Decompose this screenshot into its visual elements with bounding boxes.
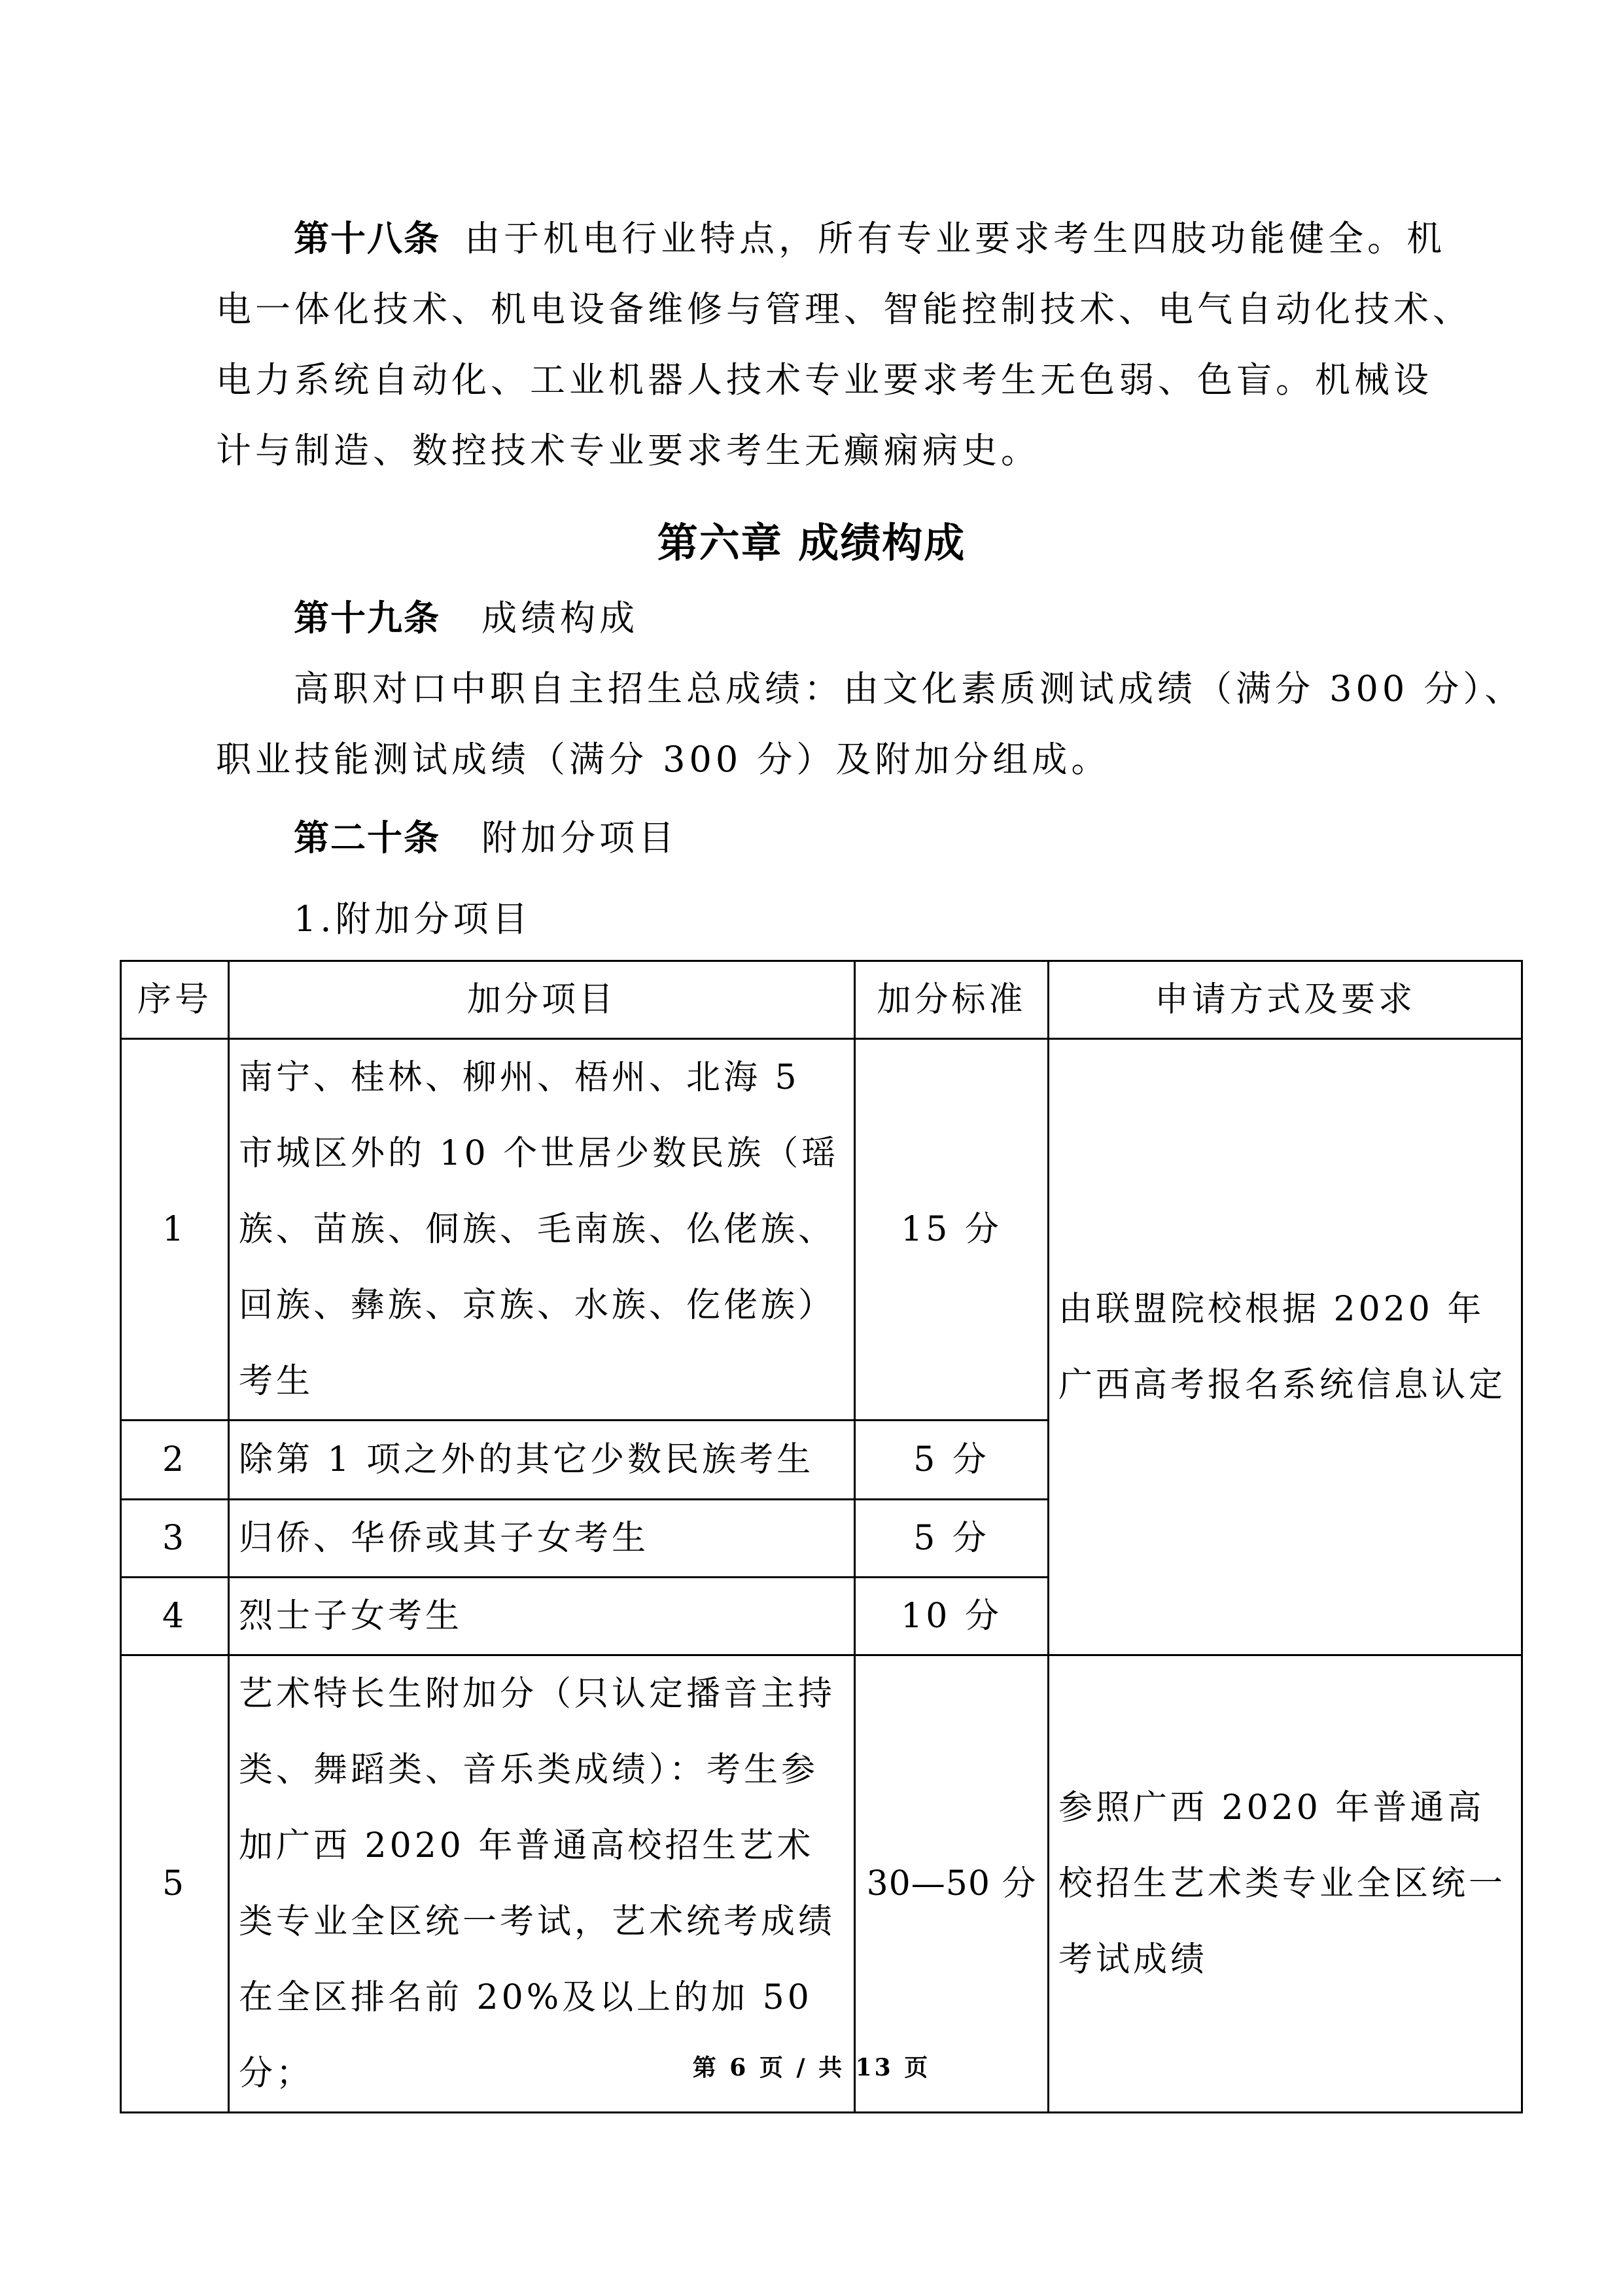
row-score: 15 分 — [855, 1039, 1049, 1421]
row-no: 5 — [121, 1655, 229, 2113]
row-item: 烈士子女考生 — [229, 1578, 855, 1655]
row-no: 3 — [121, 1500, 229, 1578]
article20-line-heading: 第二十条 附加分项目 — [294, 815, 678, 861]
page-footer: 第 6 页 / 共 13 页 — [0, 2049, 1623, 2083]
article19-line-heading: 第十九条 成绩构成 — [294, 595, 638, 641]
table-row: 5 艺术特长生附加分（只认定播音主持类、舞蹈类、音乐类成绩）：考生参加广西 20… — [121, 1655, 1522, 2113]
article19-line-1: 高职对口中职自主招生总成绩：由文化素质测试成绩（满分 300 分）、 — [294, 666, 1524, 712]
row-score: 30—50 分 — [855, 1655, 1049, 2113]
row-no: 4 — [121, 1578, 229, 1655]
chapter-title: 第六章 成绩构成 — [0, 517, 1623, 569]
row-score: 5 分 — [855, 1500, 1049, 1578]
row-score: 10 分 — [855, 1578, 1049, 1655]
article18-heading: 第十八条 — [294, 218, 440, 259]
article18-line-2: 电一体化技术、机电设备维修与管理、智能控制技术、电气自动化技术、 — [216, 287, 1472, 332]
row-no: 2 — [121, 1421, 229, 1500]
row-no: 1 — [121, 1039, 229, 1421]
row-item: 归侨、华侨或其子女考生 — [229, 1500, 855, 1578]
article18-line-1: 第十八条 由于机电行业特点，所有专业要求考生四肢功能健全。机 — [294, 216, 1446, 262]
row-item: 南宁、桂林、柳州、梧州、北海 5 市城区外的 10 个世居少数民族（瑶族、苗族、… — [229, 1039, 855, 1421]
header-no: 序号 — [121, 961, 229, 1039]
article18-line-3: 电力系统自动化、工业机器人技术专业要求考生无色弱、色盲。机械设 — [216, 357, 1433, 403]
article20-heading: 第二十条 — [294, 817, 440, 858]
article19-heading: 第十九条 — [294, 597, 440, 639]
row-item: 艺术特长生附加分（只认定播音主持类、舞蹈类、音乐类成绩）：考生参加广西 2020… — [229, 1655, 855, 2113]
header-score: 加分标准 — [855, 961, 1049, 1039]
header-requirement: 申请方式及要求 — [1049, 961, 1522, 1039]
bonus-points-table: 序号 加分项目 加分标准 申请方式及要求 1 南宁、桂林、柳州、梧州、北海 5 … — [120, 960, 1523, 2113]
article18-text-1: 由于机电行业特点，所有专业要求考生四肢功能健全。机 — [464, 218, 1446, 259]
article20-sub-item: 1.附加分项目 — [294, 896, 532, 942]
table-header-row: 序号 加分项目 加分标准 申请方式及要求 — [121, 961, 1522, 1039]
row-score: 5 分 — [855, 1421, 1049, 1500]
article18-line-4: 计与制造、数控技术专业要求考生无癫痫病史。 — [216, 428, 1040, 474]
header-item: 加分项目 — [229, 961, 855, 1039]
article20-subtitle: 附加分项目 — [481, 817, 678, 858]
article19-line-2: 职业技能测试成绩（满分 300 分）及附加分组成。 — [216, 737, 1110, 783]
row-item: 除第 1 项之外的其它少数民族考生 — [229, 1421, 855, 1500]
row-requirement: 由联盟院校根据 2020 年广西高考报名系统信息认定 — [1049, 1039, 1522, 1655]
table-row: 1 南宁、桂林、柳州、梧州、北海 5 市城区外的 10 个世居少数民族（瑶族、苗… — [121, 1039, 1522, 1421]
article19-subtitle: 成绩构成 — [481, 597, 638, 639]
row-requirement: 参照广西 2020 年普通高校招生艺术类专业全区统一考试成绩 — [1049, 1655, 1522, 2113]
